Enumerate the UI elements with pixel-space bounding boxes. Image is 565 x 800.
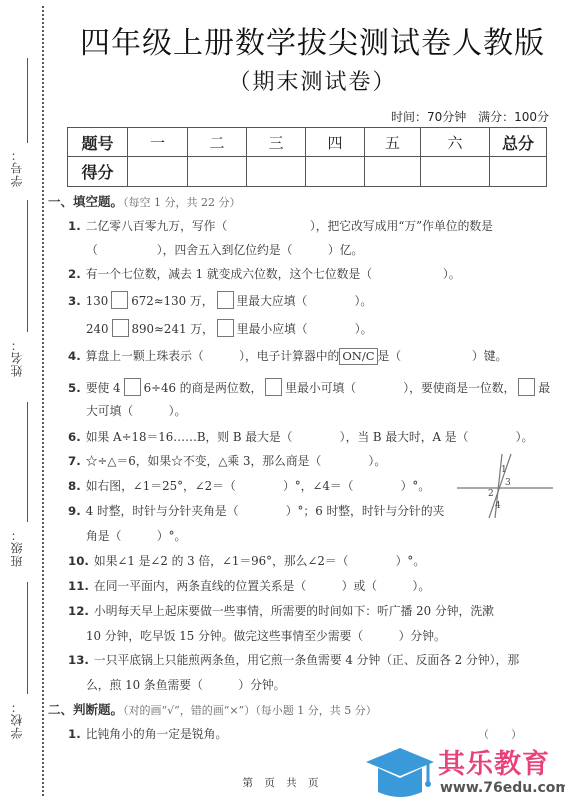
question-10: 10.如果∠1 是∠2 的 3 倍，∠1＝96°，那么∠2＝（ ）°。 bbox=[68, 553, 543, 569]
question-13: 13.一只平底锅上只能煎两条鱼，用它煎一条鱼需要 4 分钟（正、反面各 2 分钟… bbox=[68, 652, 543, 668]
question-5: 5.要使 46÷46 的商是两位数，里最小可填（ ），要使商是一位数，最 bbox=[68, 378, 543, 396]
digit-box-ref bbox=[217, 319, 234, 337]
col-1: 一 bbox=[128, 128, 188, 157]
score-cell-2[interactable] bbox=[188, 157, 247, 187]
col-2: 二 bbox=[188, 128, 247, 157]
exam-meta: 时间：70分钟 满分：100分 bbox=[391, 108, 549, 125]
watermark-url: www.76edu.com bbox=[440, 780, 565, 796]
score-table: 题号 一 二 三 四 五 六 总分 得分 bbox=[67, 127, 547, 187]
student-id-label: 学号： bbox=[8, 148, 28, 187]
section-2-note: （对的画“√”，错的画“×”）（每小题 1 分，共 5 分） bbox=[123, 704, 377, 717]
school-blank[interactable] bbox=[27, 582, 28, 694]
page-subtitle: （期末测试卷） bbox=[60, 65, 565, 96]
col-4: 四 bbox=[306, 128, 365, 157]
svg-text:3: 3 bbox=[505, 478, 511, 488]
score-header: 得分 bbox=[68, 157, 128, 187]
digit-box-ref bbox=[217, 291, 234, 309]
digit-box-ref bbox=[518, 378, 535, 396]
class-blank[interactable] bbox=[27, 402, 28, 522]
binding-margin: 学号： 姓名： 班级： 学校： bbox=[0, 0, 44, 800]
digit-box-ref bbox=[265, 378, 282, 396]
col-5: 五 bbox=[365, 128, 421, 157]
col-3: 三 bbox=[247, 128, 306, 157]
class-label: 班级： bbox=[8, 528, 28, 567]
school-label: 学校： bbox=[8, 700, 28, 739]
question-13-cont: 么，煎 10 条鱼需要（ ）分钟。 bbox=[86, 677, 543, 693]
score-cell-5[interactable] bbox=[365, 157, 421, 187]
time-limit: 时间：70分钟 bbox=[391, 110, 466, 124]
question-11: 11.在同一平面内，两条直线的位置关系是（ ）或（ ）。 bbox=[68, 578, 543, 594]
full-score: 满分：100分 bbox=[478, 110, 549, 124]
score-cell-4[interactable] bbox=[306, 157, 365, 187]
question-9-cont: 角是（ ）°。 bbox=[86, 528, 543, 544]
watermark-logo: 其乐教育 www.76edu.com bbox=[360, 740, 560, 800]
digit-box[interactable] bbox=[111, 291, 128, 309]
graduation-cap-icon bbox=[360, 740, 438, 800]
col-6: 六 bbox=[421, 128, 490, 157]
svg-text:2: 2 bbox=[488, 489, 494, 499]
question-number-header: 题号 bbox=[68, 128, 128, 157]
section-1-note: （每空 1 分，共 22 分） bbox=[123, 196, 240, 209]
question-12: 12.小明每天早上起床要做一些事情，所需要的时间如下：听广播 20 分钟，洗漱 bbox=[68, 603, 543, 619]
score-cell-total[interactable] bbox=[490, 157, 547, 187]
score-cell-1[interactable] bbox=[128, 157, 188, 187]
question-3: 3.130672≈130 万，里最大应填（ ）。 bbox=[68, 291, 543, 309]
watermark-brand: 其乐教育 bbox=[438, 742, 550, 781]
cut-line bbox=[42, 6, 44, 796]
name-label: 姓名： bbox=[8, 338, 28, 377]
question-6: 6.如果 A÷18＝16……B，则 B 最大是（ ），当 B 最大时，A 是（ … bbox=[68, 429, 543, 445]
question-4: 4.算盘上一颗上珠表示（ ），电子计算器中的ON/C是（ ）键。 bbox=[68, 348, 543, 365]
question-1-cont: （ ），四舍五入到亿位约是（ ）亿。 bbox=[86, 242, 543, 258]
section-2-title: 二、判断题。 bbox=[48, 702, 123, 717]
name-blank[interactable] bbox=[27, 200, 28, 332]
question-5-cont: 大可填（ ）。 bbox=[86, 403, 543, 419]
student-id-blank[interactable] bbox=[27, 58, 28, 143]
question-3-cont: 240890≈241 万，里最小应填（ ）。 bbox=[86, 319, 543, 337]
section-1-title: 一、填空题。 bbox=[48, 194, 123, 209]
question-9: 9.4 时整，时针与分针夹角是（ ）°；6 时整，时针与分针的夹 bbox=[68, 503, 543, 519]
digit-box[interactable] bbox=[112, 319, 129, 337]
digit-box[interactable] bbox=[124, 378, 141, 396]
svg-text:1: 1 bbox=[501, 465, 507, 475]
section-1-heading: 一、填空题。（每空 1 分，共 22 分） bbox=[48, 192, 241, 210]
score-cell-3[interactable] bbox=[247, 157, 306, 187]
question-1: 1.二亿零八百零九万，写作（ ），把它改写成用“万”作单位的数是 bbox=[68, 218, 543, 234]
question-2: 2.有一个七位数，减去 1 就变成六位数，这个七位数是（ ）。 bbox=[68, 266, 543, 282]
on-c-key: ON/C bbox=[339, 348, 377, 365]
section-2-heading: 二、判断题。（对的画“√”，错的画“×”）（每小题 1 分，共 5 分） bbox=[48, 700, 377, 718]
score-cell-6[interactable] bbox=[421, 157, 490, 187]
page-title: 四年级上册数学拔尖测试卷人教版 bbox=[60, 18, 565, 62]
col-total: 总分 bbox=[490, 128, 547, 157]
question-12-cont: 10 分钟，吃早饭 15 分钟。做完这些事情至少需要（ ）分钟。 bbox=[86, 628, 543, 644]
